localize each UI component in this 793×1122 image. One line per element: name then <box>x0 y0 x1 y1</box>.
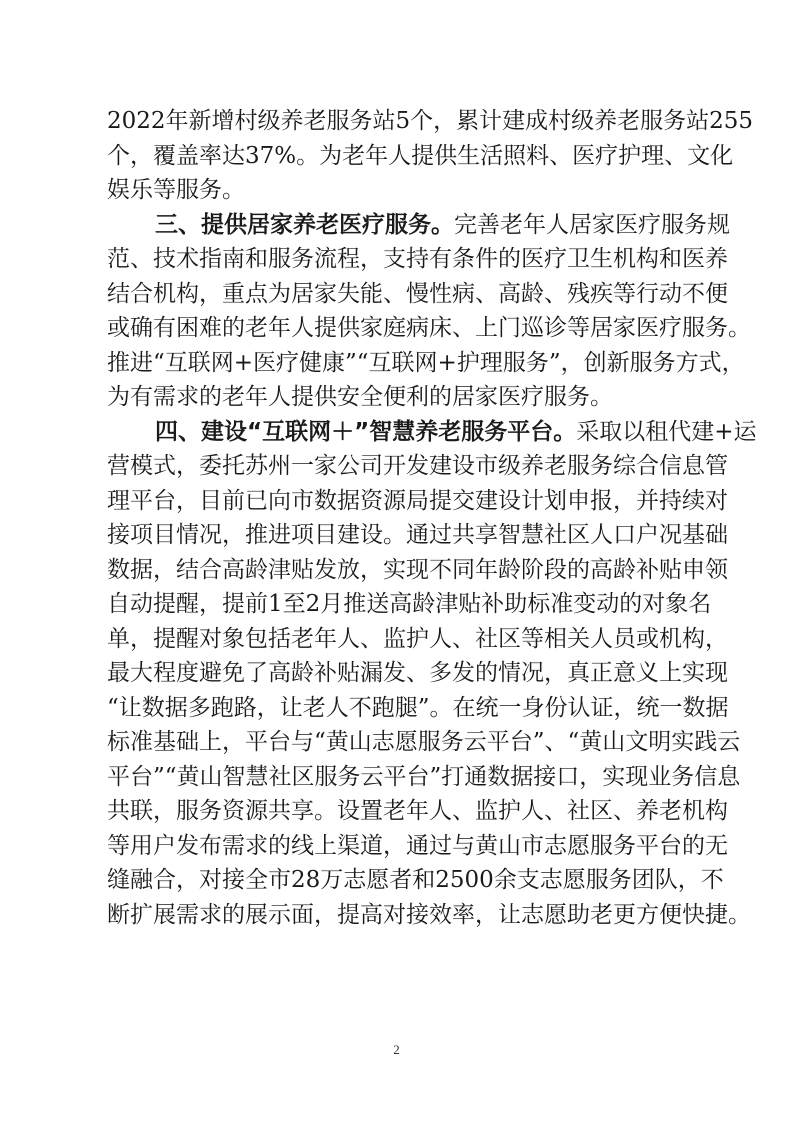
text-run: 完善老年人居家医疗服务规 <box>454 212 730 238</box>
text-line: 范、技术指南和服务流程，支持有条件的医疗卫生机构和医养 <box>107 242 687 277</box>
text-line: 共联，服务资源共享。设置老年人、监护人、社区、养老机构 <box>107 794 687 829</box>
text-line: 标准基础上，平台与“黄山志愿服务云平台”、“黄山文明实践云 <box>107 725 687 760</box>
page-number: 2 <box>0 1042 793 1058</box>
paragraph-intro-continued: 2022年新增村级养老服务站5个，累计建成村级养老服务站255 个，覆盖率达37… <box>107 104 687 208</box>
text-line: 结合机构，重点为居家失能、慢性病、高龄、残疾等行动不便 <box>107 277 687 312</box>
section-heading-3: 三、提供居家养老医疗服务。 <box>155 212 454 238</box>
document-page: 2022年新增村级养老服务站5个，累计建成村级养老服务站255 个，覆盖率达37… <box>0 0 793 1122</box>
text-line: 平台”“黄山智慧社区服务云平台”打通数据接口，实现业务信息 <box>107 760 687 795</box>
text-line: 最大程度避免了高龄补贴漏发、多发的情况，真正意义上实现 <box>107 656 687 691</box>
text-line: 2022年新增村级养老服务站5个，累计建成村级养老服务站255 <box>107 104 687 139</box>
text-line: 推进“互联网+医疗健康”“互联网+护理服务”，创新服务方式， <box>107 346 687 381</box>
text-line: 娱乐等服务。 <box>107 173 687 208</box>
section-heading-4: 四、建设“互联网＋”智慧养老服务平台。 <box>155 419 576 445</box>
text-line: 为有需求的老年人提供安全便利的居家医疗服务。 <box>107 380 687 415</box>
text-line: 断扩展需求的展示面，提高对接效率，让志愿助老更方便快捷。 <box>107 898 687 933</box>
text-line: 营模式，委托苏州一家公司开发建设市级养老服务综合信息管 <box>107 449 687 484</box>
text-run: 采取以租代建+运 <box>576 419 756 445</box>
text-line: 数据，结合高龄津贴发放，实现不同年龄阶段的高龄补贴申领 <box>107 553 687 588</box>
paragraph-section-3: 三、提供居家养老医疗服务。完善老年人居家医疗服务规 范、技术指南和服务流程，支持… <box>107 208 687 415</box>
text-line: 理平台，目前已向市数据资源局提交建设计划申报，并持续对 <box>107 484 687 519</box>
document-body: 2022年新增村级养老服务站5个，累计建成村级养老服务站255 个，覆盖率达37… <box>107 104 687 932</box>
text-line: “让数据多跑路，让老人不跑腿”。在统一身份认证，统一数据 <box>107 691 687 726</box>
text-line: 单，提醒对象包括老年人、监护人、社区等相关人员或机构， <box>107 622 687 657</box>
text-line: 缝融合，对接全市28万志愿者和2500余支志愿服务团队，不 <box>107 863 687 898</box>
text-line: 四、建设“互联网＋”智慧养老服务平台。采取以租代建+运 <box>107 415 687 450</box>
text-line: 自动提醒，提前1至2月推送高龄津贴补助标准变动的对象名 <box>107 587 687 622</box>
text-line: 或确有困难的老年人提供家庭病床、上门巡诊等居家医疗服务。 <box>107 311 687 346</box>
text-line: 接项目情况，推进项目建设。通过共享智慧社区人口户况基础 <box>107 518 687 553</box>
text-line: 三、提供居家养老医疗服务。完善老年人居家医疗服务规 <box>107 208 687 243</box>
paragraph-section-4: 四、建设“互联网＋”智慧养老服务平台。采取以租代建+运 营模式，委托苏州一家公司… <box>107 415 687 933</box>
text-line: 等用户发布需求的线上渠道，通过与黄山市志愿服务平台的无 <box>107 829 687 864</box>
text-line: 个，覆盖率达37%。为老年人提供生活照料、医疗护理、文化 <box>107 139 687 174</box>
